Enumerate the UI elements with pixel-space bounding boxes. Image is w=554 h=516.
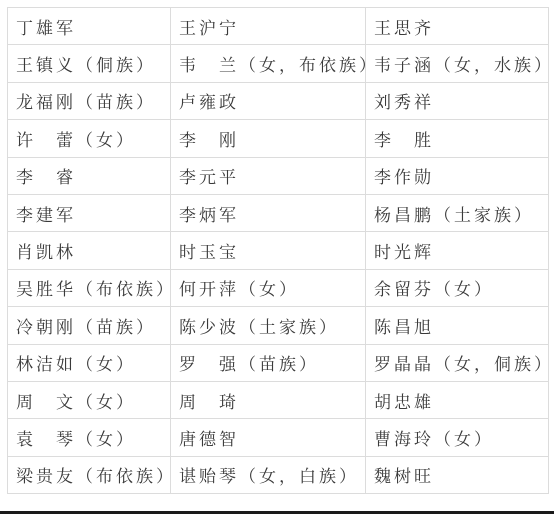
table-cell: 何开萍（女） [171,269,366,306]
table-cell: 梁贵友（布依族） [8,456,171,493]
table-cell: 杨昌鹏（土家族） [366,194,549,231]
table-cell: 李 胜 [366,120,549,157]
table-row: 龙福刚（苗族） 卢雍政 刘秀祥 [8,82,549,119]
table-cell: 周 文（女） [8,381,171,418]
table-cell: 林洁如（女） [8,344,171,381]
table-cell: 龙福刚（苗族） [8,82,171,119]
table-row: 肖凯林 时玉宝 时光辉 [8,232,549,269]
table-cell: 陈昌旭 [366,307,549,344]
table-cell: 谌贻琴（女，白族） [171,456,366,493]
table-cell: 曹海玲（女） [366,419,549,456]
table-cell: 罗 强（苗族） [171,344,366,381]
table-cell: 韦 兰（女，布依族） [171,45,366,82]
table-cell: 周 琦 [171,381,366,418]
table-row: 林洁如（女） 罗 强（苗族） 罗晶晶（女，侗族） [8,344,549,381]
table-cell: 刘秀祥 [366,82,549,119]
table-row: 梁贵友（布依族） 谌贻琴（女，白族） 魏树旺 [8,456,549,493]
table-cell: 李作勋 [366,157,549,194]
name-list-table: 丁雄军 王沪宁 王思齐 王镇义（侗族） 韦 兰（女，布依族） 韦子涵（女，水族）… [7,7,549,494]
table-cell: 李元平 [171,157,366,194]
table-cell: 王沪宁 [171,8,366,45]
table-cell: 胡忠雄 [366,381,549,418]
table-cell: 卢雍政 [171,82,366,119]
table-cell: 唐德智 [171,419,366,456]
table-cell: 李建军 [8,194,171,231]
table-row: 李建军 李炳军 杨昌鹏（土家族） [8,194,549,231]
table-cell: 许 蕾（女） [8,120,171,157]
table-row: 许 蕾（女） 李 刚 李 胜 [8,120,549,157]
table-cell: 李炳军 [171,194,366,231]
table-row: 周 文（女） 周 琦 胡忠雄 [8,381,549,418]
table-cell: 陈少波（土家族） [171,307,366,344]
table-row: 李 睿 李元平 李作勋 [8,157,549,194]
table-cell: 王镇义（侗族） [8,45,171,82]
table-cell: 时光辉 [366,232,549,269]
table-cell: 魏树旺 [366,456,549,493]
table-cell: 肖凯林 [8,232,171,269]
table-cell: 余留芬（女） [366,269,549,306]
name-list-table-container: 丁雄军 王沪宁 王思齐 王镇义（侗族） 韦 兰（女，布依族） 韦子涵（女，水族）… [7,7,548,494]
table-row: 王镇义（侗族） 韦 兰（女，布依族） 韦子涵（女，水族） [8,45,549,82]
table-cell: 李 睿 [8,157,171,194]
table-row: 袁 琴（女） 唐德智 曹海玲（女） [8,419,549,456]
table-cell: 韦子涵（女，水族） [366,45,549,82]
table-cell: 时玉宝 [171,232,366,269]
table-cell: 丁雄军 [8,8,171,45]
table-row: 丁雄军 王沪宁 王思齐 [8,8,549,45]
bottom-divider [0,511,554,514]
table-cell: 罗晶晶（女，侗族） [366,344,549,381]
table-row: 吴胜华（布依族） 何开萍（女） 余留芬（女） [8,269,549,306]
table-cell: 袁 琴（女） [8,419,171,456]
table-cell: 吴胜华（布依族） [8,269,171,306]
table-row: 冷朝刚（苗族） 陈少波（土家族） 陈昌旭 [8,307,549,344]
table-cell: 王思齐 [366,8,549,45]
table-cell: 李 刚 [171,120,366,157]
table-cell: 冷朝刚（苗族） [8,307,171,344]
